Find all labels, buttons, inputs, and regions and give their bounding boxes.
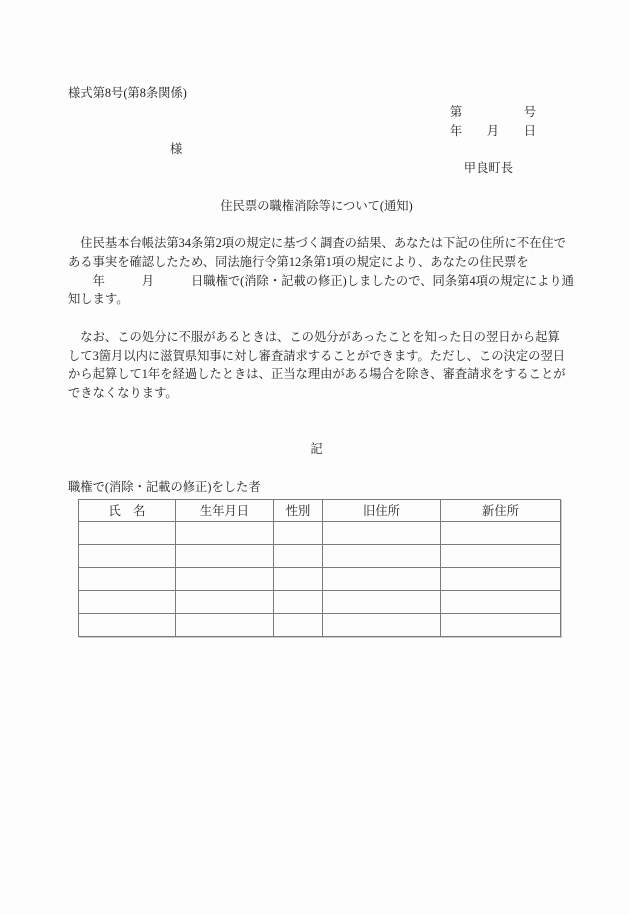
table-cell (176, 567, 274, 590)
header-old-address: 旧住所 (323, 499, 441, 521)
table-cell (79, 590, 176, 613)
table-cell (441, 521, 561, 544)
table-cell (441, 590, 561, 613)
date-line: 年 月 日 (68, 122, 565, 141)
blank-line (68, 459, 565, 478)
document-title: 住民票の職権消除等について(通知) (68, 197, 565, 216)
table-row (79, 567, 561, 590)
header-birthdate: 生年月日 (176, 499, 274, 521)
table-cell (274, 521, 323, 544)
document-content: 様式第8号(第8条関係) 第 号 年 月 日 様 甲良町長 住民票の職権消除等に… (0, 0, 630, 637)
table-row (79, 521, 561, 544)
blank-line (68, 403, 565, 422)
form-number: 様式第8号(第8条関係) (68, 84, 565, 103)
table-caption: 職権で(消除・記載の修正)をした者 (68, 478, 565, 497)
table-cell (441, 567, 561, 590)
table-cell (79, 521, 176, 544)
table-cell (323, 613, 441, 636)
blank-line (68, 215, 565, 234)
doc-number-line: 第 号 (68, 103, 565, 122)
table-cell (176, 544, 274, 567)
table-cell (441, 613, 561, 636)
blank-line (68, 178, 565, 197)
table-cell (323, 521, 441, 544)
paragraph-appeal-rights: なお、この処分に不服があるときは、この処分があったことを知った日の翌日から起算 … (68, 328, 565, 403)
ki-heading: 記 (68, 440, 565, 459)
table-cell (176, 521, 274, 544)
table-cell (176, 613, 274, 636)
table-cell (274, 544, 323, 567)
blank-line (68, 309, 565, 328)
header-new-address: 新住所 (441, 499, 561, 521)
table-cell (79, 567, 176, 590)
table-row (79, 544, 561, 567)
table-cell (441, 544, 561, 567)
addressee-line: 様 (68, 140, 565, 159)
header-sex: 性別 (274, 499, 323, 521)
sender-name: 甲良町長 (68, 159, 565, 178)
table-cell (176, 590, 274, 613)
persons-table: 氏 名 生年月日 性別 旧住所 新住所 (78, 499, 561, 637)
document-page: 様式第8号(第8条関係) 第 号 年 月 日 様 甲良町長 住民票の職権消除等に… (0, 0, 630, 915)
table-cell (274, 590, 323, 613)
table-cell (274, 613, 323, 636)
table-header-row: 氏 名 生年月日 性別 旧住所 新住所 (79, 499, 561, 521)
table-cell (274, 567, 323, 590)
table-cell (79, 544, 176, 567)
table-cell (323, 590, 441, 613)
header-name: 氏 名 (79, 499, 176, 521)
table-row (79, 613, 561, 636)
table-row (79, 590, 561, 613)
table-cell (323, 544, 441, 567)
table-cell (79, 613, 176, 636)
table-cell (323, 567, 441, 590)
blank-line (68, 422, 565, 441)
paragraph-notification: 住民基本台帳法第34条第2項の規定に基づく調査の結果、あなたは下記の住所に不在住… (68, 234, 565, 309)
